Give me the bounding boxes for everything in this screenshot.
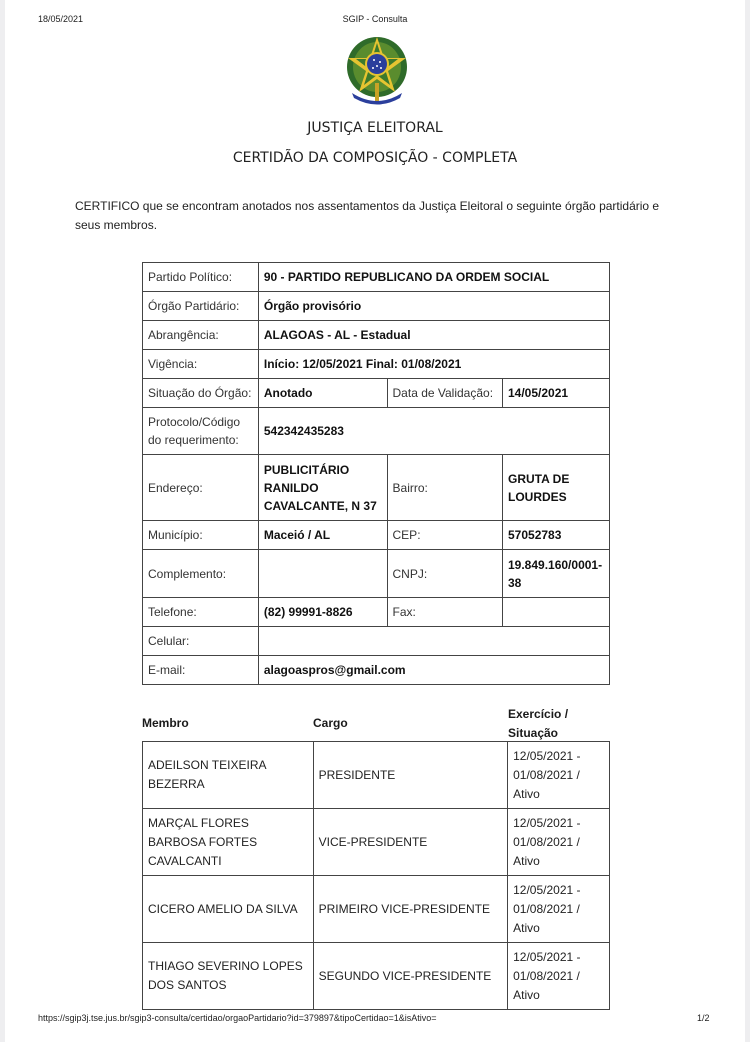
member-membro: CICERO AMELIO DA SILVA — [143, 876, 314, 943]
column-header-cargo: Cargo — [313, 714, 348, 733]
member-membro: ADEILSON TEIXEIRA BEZERRA — [143, 742, 314, 809]
info-row-complemento: Complemento: CNPJ: 19.849.160/0001-38 — [143, 550, 610, 598]
member-row: CICERO AMELIO DA SILVAPRIMEIRO VICE-PRES… — [143, 876, 610, 943]
member-membro: THIAGO SEVERINO LOPES DOS SANTOS — [143, 943, 314, 1010]
print-header-title: SGIP - Consulta — [5, 14, 745, 24]
municipio-label: Município: — [143, 521, 259, 550]
telefone-value: (82) 99991-8826 — [258, 598, 387, 627]
member-exercicio: 12/05/2021 - 01/08/2021 / Ativo — [508, 943, 610, 1010]
member-exercicio: 12/05/2021 - 01/08/2021 / Ativo — [508, 876, 610, 943]
info-row-endereco: Endereço: PUBLICITÁRIO RANILDO CAVALCANT… — [143, 455, 610, 521]
orgao-label: Órgão Partidário: — [143, 292, 259, 321]
info-row-orgao: Órgão Partidário: Órgão provisório — [143, 292, 610, 321]
vigencia-label: Vigência: — [143, 350, 259, 379]
fax-label: Fax: — [387, 598, 502, 627]
situacao-label: Situação do Órgão: — [143, 379, 259, 408]
document-page: 18/05/2021 SGIP - Consulta JUSTIÇA ELEIT… — [5, 0, 745, 1042]
email-value: alagoaspros@gmail.com — [258, 656, 609, 685]
protocolo-label: Protocolo/Código do requerimento: — [143, 408, 259, 455]
orgao-value: Órgão provisório — [258, 292, 609, 321]
info-row-email: E-mail: alagoaspros@gmail.com — [143, 656, 610, 685]
cep-value: 57052783 — [503, 521, 610, 550]
certificate-title: CERTIDÃO DA COMPOSIÇÃO - COMPLETA — [5, 150, 745, 166]
validacao-label: Data de Validação: — [387, 379, 502, 408]
member-exercicio: 12/05/2021 - 01/08/2021 / Ativo — [508, 809, 610, 876]
member-row: ADEILSON TEIXEIRA BEZERRAPRESIDENTE12/05… — [143, 742, 610, 809]
complemento-value — [258, 550, 387, 598]
member-row: MARÇAL FLORES BARBOSA FORTES CAVALCANTIV… — [143, 809, 610, 876]
brazil-coat-of-arms-icon — [340, 31, 414, 109]
institution-title: JUSTIÇA ELEITORAL — [5, 120, 745, 136]
member-cargo: PRIMEIRO VICE-PRESIDENTE — [313, 876, 508, 943]
members-table: ADEILSON TEIXEIRA BEZERRAPRESIDENTE12/05… — [142, 741, 610, 1010]
certification-statement: CERTIFICO que se encontram anotados nos … — [75, 197, 685, 235]
complemento-label: Complemento: — [143, 550, 259, 598]
bairro-value: GRUTA DE LOURDES — [503, 455, 610, 521]
abrangencia-value: ALAGOAS - AL - Estadual — [258, 321, 609, 350]
cnpj-label: CNPJ: — [387, 550, 502, 598]
info-row-partido: Partido Político: 90 - PARTIDO REPUBLICA… — [143, 263, 610, 292]
member-cargo: SEGUNDO VICE-PRESIDENTE — [313, 943, 508, 1010]
situacao-value: Anotado — [258, 379, 387, 408]
municipio-value: Maceió / AL — [258, 521, 387, 550]
print-footer-url: https://sgip3j.tse.jus.br/sgip3-consulta… — [38, 1013, 437, 1023]
info-row-protocolo: Protocolo/Código do requerimento: 542342… — [143, 408, 610, 455]
telefone-label: Telefone: — [143, 598, 259, 627]
validacao-value: 14/05/2021 — [503, 379, 610, 408]
endereco-value: PUBLICITÁRIO RANILDO CAVALCANTE, N 37 — [258, 455, 387, 521]
protocolo-value: 542342435283 — [258, 408, 609, 455]
email-label: E-mail: — [143, 656, 259, 685]
info-row-municipio: Município: Maceió / AL CEP: 57052783 — [143, 521, 610, 550]
vigencia-value: Início: 12/05/2021 Final: 01/08/2021 — [258, 350, 609, 379]
party-organ-info-table: Partido Político: 90 - PARTIDO REPUBLICA… — [142, 262, 610, 685]
endereco-label: Endereço: — [143, 455, 259, 521]
info-row-telefone: Telefone: (82) 99991-8826 Fax: — [143, 598, 610, 627]
info-row-situacao: Situação do Órgão: Anotado Data de Valid… — [143, 379, 610, 408]
info-row-vigencia: Vigência: Início: 12/05/2021 Final: 01/0… — [143, 350, 610, 379]
fax-value — [503, 598, 610, 627]
partido-value: 90 - PARTIDO REPUBLICANO DA ORDEM SOCIAL — [258, 263, 609, 292]
member-row: THIAGO SEVERINO LOPES DOS SANTOSSEGUNDO … — [143, 943, 610, 1010]
cep-label: CEP: — [387, 521, 502, 550]
column-header-membro: Membro — [142, 714, 189, 733]
member-membro: MARÇAL FLORES BARBOSA FORTES CAVALCANTI — [143, 809, 314, 876]
abrangencia-label: Abrangência: — [143, 321, 259, 350]
info-row-celular: Celular: — [143, 627, 610, 656]
bairro-label: Bairro: — [387, 455, 502, 521]
member-cargo: PRESIDENTE — [313, 742, 508, 809]
partido-label: Partido Político: — [143, 263, 259, 292]
page-number: 1/2 — [697, 1013, 710, 1023]
celular-value — [258, 627, 609, 656]
cnpj-value: 19.849.160/0001-38 — [503, 550, 610, 598]
member-cargo: VICE-PRESIDENTE — [313, 809, 508, 876]
member-exercicio: 12/05/2021 - 01/08/2021 / Ativo — [508, 742, 610, 809]
celular-label: Celular: — [143, 627, 259, 656]
info-row-abrangencia: Abrangência: ALAGOAS - AL - Estadual — [143, 321, 610, 350]
column-header-exercicio: Exercício / Situação — [508, 705, 598, 743]
